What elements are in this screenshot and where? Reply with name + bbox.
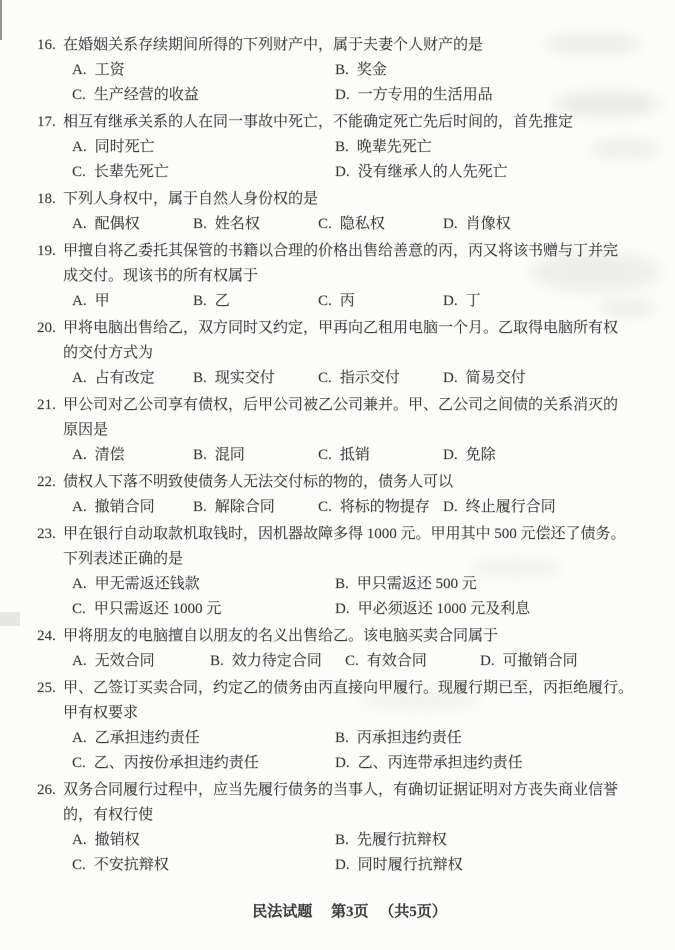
option-letter: D. xyxy=(335,164,350,180)
option-a: A.清偿 xyxy=(72,443,193,468)
footer-page-number: 第3页 xyxy=(331,901,369,923)
stem-line: 相互有继承关系的人在同一事故中死亡，不能确定死亡先后时间的，首先推定 xyxy=(63,110,647,135)
question-stem: 双务合同履行过程中，应当先履行债务的当事人，有确切证据证明对方丧失商业信誉 的，… xyxy=(63,778,647,828)
question-number: 23. xyxy=(37,522,56,547)
option-letter: A. xyxy=(72,293,87,309)
option-letter: B. xyxy=(193,447,207,463)
option-letter: B. xyxy=(193,216,207,232)
option-letter: D. xyxy=(443,370,458,386)
option-text: 肖像权 xyxy=(466,216,511,232)
option-b: B.乙 xyxy=(193,289,318,314)
option-letter: C. xyxy=(72,87,86,103)
option-c: C.甲只需返还 1000 元 xyxy=(72,597,335,622)
option-letter: D. xyxy=(335,601,350,617)
stem-line: 甲将电脑出售给乙，双方同时又约定，甲再向乙租用电脑一个月。乙取得电脑所有权 xyxy=(63,316,647,341)
option-letter: C. xyxy=(345,653,359,669)
option-d: D.可撤销合同 xyxy=(480,649,655,674)
option-text: 乙、丙连带承担违约责任 xyxy=(358,755,523,771)
option-a: A.甲 xyxy=(72,289,193,314)
options: A.撤销权 B.先履行抗辩权 C.不安抗辩权 D.同时履行抗辩权 xyxy=(72,828,655,878)
option-text: 长辈先死亡 xyxy=(94,164,169,180)
option-letter: D. xyxy=(480,653,495,669)
stem-line: 下列表述正确的是 xyxy=(63,547,647,572)
question-number: 18. xyxy=(37,187,56,212)
question-26: 26. 双务合同履行过程中，应当先履行债务的当事人，有确切证据证明对方丧失商业信… xyxy=(0,778,675,878)
option-text: 有效合同 xyxy=(367,653,427,669)
question-stem: 债权人下落不明致使债务人无法交付标的物的，债务人可以 xyxy=(63,470,647,495)
option-text: 甲无需返还钱款 xyxy=(95,576,200,592)
option-d: D.没有继承人的人先死亡 xyxy=(335,160,655,185)
option-text: 撤销权 xyxy=(95,832,140,848)
stem-line: 债权人下落不明致使债务人无法交付标的物的，债务人可以 xyxy=(63,470,647,495)
option-letter: D. xyxy=(335,755,350,771)
option-a: A.占有改定 xyxy=(72,366,193,391)
option-d: D.简易交付 xyxy=(443,366,655,391)
option-b: B.丙承担违约责任 xyxy=(335,726,655,751)
question-stem: 相互有继承关系的人在同一事故中死亡，不能确定死亡先后时间的，首先推定 xyxy=(63,110,647,135)
question-stem: 甲擅自将乙委托其保管的书籍以合理的价格出售给善意的丙，丙又将该书赠与丁并完 成交… xyxy=(63,239,647,289)
option-text: 隐私权 xyxy=(340,216,385,232)
question-number: 24. xyxy=(37,624,56,649)
option-letter: C. xyxy=(318,216,332,232)
question-number: 17. xyxy=(37,110,56,135)
option-text: 生产经营的收益 xyxy=(94,87,199,103)
options: A.甲 B.乙 C.丙 D.丁 xyxy=(72,289,655,314)
stem-line: 甲公司对乙公司享有债权，后甲公司被乙公司兼并。甲、乙公司之间债的关系消灭的 xyxy=(63,393,647,418)
stem-line: 双务合同履行过程中，应当先履行债务的当事人，有确切证据证明对方丧失商业信誉 xyxy=(63,778,647,803)
option-a: A.无效合同 xyxy=(72,649,210,674)
stem-line: 下列人身权中，属于自然人身份权的是 xyxy=(63,187,647,212)
option-b: B.姓名权 xyxy=(193,212,318,237)
option-text: 现实交付 xyxy=(215,370,275,386)
option-text: 甲只需返还 500 元 xyxy=(357,576,477,592)
options: A.同时死亡 B.晚辈先死亡 C.长辈先死亡 D.没有继承人的人先死亡 xyxy=(72,135,655,185)
option-letter: C. xyxy=(72,857,86,873)
option-c: C.生产经营的收益 xyxy=(72,83,335,108)
footer-page-total: （共5页） xyxy=(379,901,447,923)
option-text: 无效合同 xyxy=(95,653,155,669)
question-number: 20. xyxy=(37,316,56,341)
option-b: B.先履行抗辩权 xyxy=(335,828,655,853)
question-number: 25. xyxy=(37,676,56,701)
option-b: B.效力待定合同 xyxy=(210,649,345,674)
option-letter: A. xyxy=(72,653,87,669)
option-d: D.终止履行合同 xyxy=(443,495,655,520)
option-text: 同时死亡 xyxy=(95,139,155,155)
question-number: 19. xyxy=(37,239,56,264)
option-d: D.乙、丙连带承担违约责任 xyxy=(335,751,655,776)
option-letter: D. xyxy=(335,87,350,103)
question-number: 21. xyxy=(37,393,56,418)
option-text: 混同 xyxy=(215,447,245,463)
question-list: 16. 在婚姻关系存续期间所得的下列财产中，属于夫妻个人财产的是 A.工资 B.… xyxy=(0,33,675,880)
stem-line: 甲将朋友的电脑擅自以朋友的名义出售给乙。该电脑买卖合同属于 xyxy=(63,624,647,649)
option-letter: C. xyxy=(72,755,86,771)
option-text: 效力待定合同 xyxy=(232,653,322,669)
option-text: 丙 xyxy=(340,293,355,309)
option-text: 姓名权 xyxy=(215,216,260,232)
option-b: B.晚辈先死亡 xyxy=(335,135,655,160)
option-letter: B. xyxy=(193,293,207,309)
option-d: D.一方专用的生活用品 xyxy=(335,83,655,108)
stem-line: 的，有权行使 xyxy=(63,803,647,828)
option-text: 甲必须返还 1000 元及利息 xyxy=(358,601,531,617)
question-stem: 甲、乙签订买卖合同，约定乙的债务由丙直接向甲履行。现履行期已至，丙拒绝履行。 甲… xyxy=(63,676,647,726)
option-d: D.同时履行抗辩权 xyxy=(335,853,655,878)
options: A.无效合同 B.效力待定合同 C.有效合同 D.可撤销合同 xyxy=(72,649,655,674)
question-17: 17. 相互有继承关系的人在同一事故中死亡，不能确定死亡先后时间的，首先推定 A… xyxy=(0,110,675,185)
stem-line: 甲擅自将乙委托其保管的书籍以合理的价格出售给善意的丙，丙又将该书赠与丁并完 xyxy=(63,239,647,264)
option-a: A.撤销合同 xyxy=(72,495,193,520)
option-letter: B. xyxy=(210,653,224,669)
question-stem: 在婚姻关系存续期间所得的下列财产中，属于夫妻个人财产的是 xyxy=(63,33,647,58)
question-23: 23. 甲在银行自动取款机取钱时，因机器故障多得 1000 元。甲用其中 500… xyxy=(0,522,675,622)
options: A.占有改定 B.现实交付 C.指示交付 D.简易交付 xyxy=(72,366,655,391)
option-c: C.抵销 xyxy=(318,443,443,468)
option-text: 晚辈先死亡 xyxy=(357,139,432,155)
option-text: 工资 xyxy=(95,62,125,78)
option-letter: A. xyxy=(72,139,87,155)
question-number: 26. xyxy=(37,778,56,803)
question-number: 16. xyxy=(37,33,56,58)
option-text: 清偿 xyxy=(95,447,125,463)
option-text: 将标的物提存 xyxy=(340,499,430,515)
option-letter: D. xyxy=(335,857,350,873)
option-text: 占有改定 xyxy=(95,370,155,386)
option-text: 同时履行抗辩权 xyxy=(358,857,463,873)
options: A.配偶权 B.姓名权 C.隐私权 D.肖像权 xyxy=(72,212,655,237)
option-d: D.免除 xyxy=(443,443,655,468)
option-b: B.奖金 xyxy=(335,58,655,83)
option-letter: C. xyxy=(72,164,86,180)
stem-line: 成交付。现该书的所有权属于 xyxy=(63,264,647,289)
option-text: 配偶权 xyxy=(95,216,140,232)
stem-line: 甲在银行自动取款机取钱时，因机器故障多得 1000 元。甲用其中 500 元偿还… xyxy=(63,522,647,547)
option-c: C.丙 xyxy=(318,289,443,314)
option-letter: C. xyxy=(318,370,332,386)
footer-exam-title: 民法试题 xyxy=(252,901,312,923)
option-letter: A. xyxy=(72,730,87,746)
option-letter: A. xyxy=(72,216,87,232)
option-text: 简易交付 xyxy=(466,370,526,386)
option-letter: D. xyxy=(443,447,458,463)
option-letter: B. xyxy=(335,62,349,78)
option-b: B.现实交付 xyxy=(193,366,318,391)
option-text: 奖金 xyxy=(357,62,387,78)
option-letter: C. xyxy=(318,293,332,309)
option-letter: A. xyxy=(72,499,87,515)
option-c: C.长辈先死亡 xyxy=(72,160,335,185)
option-letter: A. xyxy=(72,576,87,592)
option-letter: A. xyxy=(72,447,87,463)
option-letter: C. xyxy=(318,499,332,515)
stem-line: 甲、乙签订买卖合同，约定乙的债务由丙直接向甲履行。现履行期已至，丙拒绝履行。 xyxy=(63,676,647,701)
option-text: 先履行抗辩权 xyxy=(357,832,447,848)
option-letter: A. xyxy=(72,62,87,78)
stem-line: 的交付方式为 xyxy=(63,341,647,366)
options: A.清偿 B.混同 C.抵销 D.免除 xyxy=(72,443,655,468)
option-a: A.同时死亡 xyxy=(72,135,335,160)
option-text: 撤销合同 xyxy=(95,499,155,515)
question-stem: 甲在银行自动取款机取钱时，因机器故障多得 1000 元。甲用其中 500 元偿还… xyxy=(63,522,647,572)
option-c: C.将标的物提存 xyxy=(318,495,443,520)
option-text: 乙、丙按份承担违约责任 xyxy=(94,755,259,771)
option-text: 甲 xyxy=(95,293,110,309)
option-letter: D. xyxy=(443,293,458,309)
option-text: 可撤销合同 xyxy=(503,653,578,669)
stem-line: 在婚姻关系存续期间所得的下列财产中，属于夫妻个人财产的是 xyxy=(63,33,647,58)
question-21: 21. 甲公司对乙公司享有债权，后甲公司被乙公司兼并。甲、乙公司之间债的关系消灭… xyxy=(0,393,675,468)
scanned-exam-page: 16. 在婚姻关系存续期间所得的下列财产中，属于夫妻个人财产的是 A.工资 B.… xyxy=(0,0,675,950)
options: A.工资 B.奖金 C.生产经营的收益 D.一方专用的生活用品 xyxy=(72,58,655,108)
option-text: 没有继承人的人先死亡 xyxy=(358,164,508,180)
question-stem: 甲将电脑出售给乙，双方同时又约定，甲再向乙租用电脑一个月。乙取得电脑所有权 的交… xyxy=(63,316,647,366)
option-letter: B. xyxy=(193,499,207,515)
option-a: A.工资 xyxy=(72,58,335,83)
option-text: 终止履行合同 xyxy=(466,499,556,515)
option-letter: D. xyxy=(443,499,458,515)
option-letter: B. xyxy=(335,832,349,848)
option-a: A.甲无需返还钱款 xyxy=(72,572,335,597)
option-c: C.有效合同 xyxy=(345,649,480,674)
option-letter: A. xyxy=(72,832,87,848)
option-d: D.甲必须返还 1000 元及利息 xyxy=(335,597,655,622)
option-letter: B. xyxy=(335,730,349,746)
option-text: 丁 xyxy=(466,293,481,309)
option-letter: C. xyxy=(318,447,332,463)
question-number: 22. xyxy=(37,470,56,495)
question-22: 22. 债权人下落不明致使债务人无法交付标的物的，债务人可以 A.撤销合同 B.… xyxy=(0,470,675,520)
option-d: D.肖像权 xyxy=(443,212,655,237)
option-letter: C. xyxy=(72,601,86,617)
option-text: 抵销 xyxy=(340,447,370,463)
option-text: 不安抗辩权 xyxy=(94,857,169,873)
option-c: C.不安抗辩权 xyxy=(72,853,335,878)
option-letter: D. xyxy=(443,216,458,232)
option-text: 解除合同 xyxy=(215,499,275,515)
option-text: 一方专用的生活用品 xyxy=(358,87,493,103)
question-stem: 下列人身权中，属于自然人身份权的是 xyxy=(63,187,647,212)
option-letter: B. xyxy=(193,370,207,386)
option-text: 丙承担违约责任 xyxy=(357,730,462,746)
question-25: 25. 甲、乙签订买卖合同，约定乙的债务由丙直接向甲履行。现履行期已至，丙拒绝履… xyxy=(0,676,675,776)
option-letter: B. xyxy=(335,576,349,592)
option-letter: B. xyxy=(335,139,349,155)
options: A.乙承担违约责任 B.丙承担违约责任 C.乙、丙按份承担违约责任 D.乙、丙连… xyxy=(72,726,655,776)
options: A.甲无需返还钱款 B.甲只需返还 500 元 C.甲只需返还 1000 元 D… xyxy=(72,572,655,622)
option-b: B.解除合同 xyxy=(193,495,318,520)
question-20: 20. 甲将电脑出售给乙，双方同时又约定，甲再向乙租用电脑一个月。乙取得电脑所有… xyxy=(0,316,675,391)
option-c: C.乙、丙按份承担违约责任 xyxy=(72,751,335,776)
question-stem: 甲公司对乙公司享有债权，后甲公司被乙公司兼并。甲、乙公司之间债的关系消灭的 原因… xyxy=(63,393,647,443)
option-text: 乙承担违约责任 xyxy=(95,730,200,746)
option-c: C.指示交付 xyxy=(318,366,443,391)
option-a: A.乙承担违约责任 xyxy=(72,726,335,751)
option-b: B.混同 xyxy=(193,443,318,468)
option-text: 甲只需返还 1000 元 xyxy=(94,601,222,617)
question-stem: 甲将朋友的电脑擅自以朋友的名义出售给乙。该电脑买卖合同属于 xyxy=(63,624,647,649)
stem-line: 甲有权要求 xyxy=(63,701,647,726)
option-text: 乙 xyxy=(215,293,230,309)
question-18: 18. 下列人身权中，属于自然人身份权的是 A.配偶权 B.姓名权 C.隐私权 … xyxy=(0,187,675,237)
option-text: 指示交付 xyxy=(340,370,400,386)
option-d: D.丁 xyxy=(443,289,655,314)
page-footer: 民法试题 第3页 （共5页） xyxy=(12,901,675,923)
stem-line: 原因是 xyxy=(63,418,647,443)
question-19: 19. 甲擅自将乙委托其保管的书籍以合理的价格出售给善意的丙，丙又将该书赠与丁并… xyxy=(0,239,675,314)
option-b: B.甲只需返还 500 元 xyxy=(335,572,655,597)
options: A.撤销合同 B.解除合同 C.将标的物提存 D.终止履行合同 xyxy=(72,495,655,520)
question-24: 24. 甲将朋友的电脑擅自以朋友的名义出售给乙。该电脑买卖合同属于 A.无效合同… xyxy=(0,624,675,674)
option-letter: A. xyxy=(72,370,87,386)
option-c: C.隐私权 xyxy=(318,212,443,237)
option-a: A.配偶权 xyxy=(72,212,193,237)
option-text: 免除 xyxy=(466,447,496,463)
question-16: 16. 在婚姻关系存续期间所得的下列财产中，属于夫妻个人财产的是 A.工资 B.… xyxy=(0,33,675,108)
option-a: A.撤销权 xyxy=(72,828,335,853)
